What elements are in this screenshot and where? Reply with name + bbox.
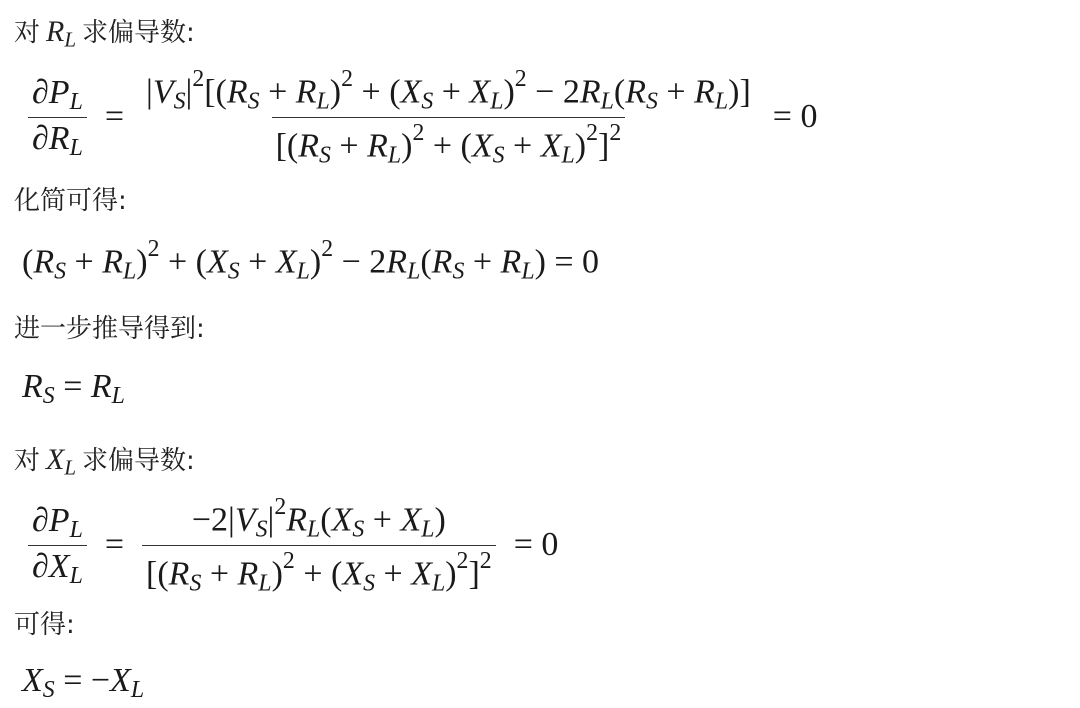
heading-partial-xl: 对XL求偏导数: [14, 440, 195, 480]
equation-rs-eq-rl: RS = RL [22, 368, 125, 410]
equation-partial-xl: ∂PL ∂XL = −2|VS|2RL(XS + XL) [(RS + RL)2… [22, 494, 570, 597]
text-prefix: 对 [14, 446, 40, 476]
rhs-fraction: |VS|2[(RS + RL)2 + (XS + XL)2 − 2RL(RS +… [142, 66, 755, 169]
equals-zero: = 0 [773, 98, 818, 136]
text-simplify: 化简可得: [14, 180, 127, 217]
equation-xs-eq-neg-xl: XS = −XL [22, 662, 144, 704]
text-suffix: 求偏导数: [82, 446, 195, 476]
text-suffix: 求偏导数: [82, 18, 195, 48]
rhs-fraction: −2|VS|2RL(XS + XL) [(RS + RL)2 + (XS + X… [142, 494, 496, 597]
variable-xl: XL [46, 443, 76, 476]
text-prefix: 对 [14, 18, 40, 48]
lhs-fraction: ∂PL ∂XL [28, 502, 87, 589]
equation-simplified: (RS + RL)2 + (XS + XL)2 − 2RL(RS + RL) =… [22, 236, 599, 286]
lhs-fraction: ∂PL ∂RL [28, 74, 87, 161]
text-derive: 进一步推导得到: [14, 308, 205, 345]
variable-rl: RL [46, 15, 76, 48]
heading-partial-rl: 对RL求偏导数: [14, 12, 195, 52]
text-result: 可得: [14, 604, 75, 641]
equals-zero: = 0 [514, 526, 559, 564]
equation-partial-rl: ∂PL ∂RL = |VS|2[(RS + RL)2 + (XS + XL)2 … [22, 66, 829, 169]
